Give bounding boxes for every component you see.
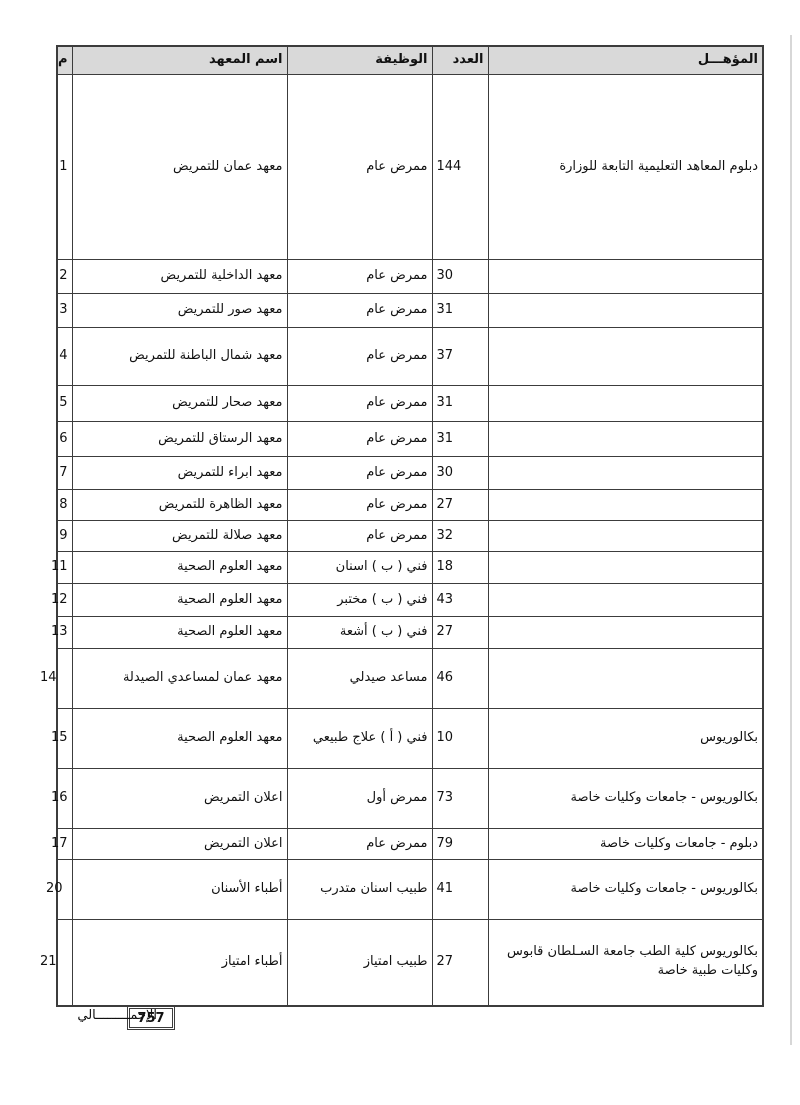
- cell-num: 8: [57, 490, 72, 521]
- cell-qualification: [488, 521, 763, 552]
- table-row: 12 معهد العلوم الصحية فني ( ب ) مختبر 43: [57, 584, 763, 617]
- cell-job: فني ( ب ) مختبر: [287, 584, 432, 617]
- cell-institute-name: معهد العلوم الصحية: [72, 617, 287, 649]
- cell-count: 27: [432, 617, 488, 649]
- cell-qualification: [488, 260, 763, 294]
- cell-institute-name: معهد العلوم الصحية: [72, 584, 287, 617]
- cell-qualification: [488, 386, 763, 422]
- table-row: 17 اعلان التمريض ممرض عام 79 دبلوم - جام…: [57, 829, 763, 860]
- cell-qualification: بكالوريوس - جامعات وكليات خاصة: [488, 769, 763, 829]
- table-row: 4 معهد شمال الباطنة للتمريض ممرض عام 37: [57, 328, 763, 386]
- cell-qualification: بكالوريوس كلية الطب جامعة السـلطان قابوس…: [488, 920, 763, 1006]
- cell-job: فني ( ب ) أشعة: [287, 617, 432, 649]
- cell-qualification: [488, 649, 763, 709]
- cell-qualification: [488, 328, 763, 386]
- cell-num: 4: [57, 328, 72, 386]
- cell-institute-name: معهد عمان لمساعدي الصيدلة: [72, 649, 287, 709]
- header-cell-num: م: [57, 46, 72, 75]
- cell-institute-name: أطباء الأسنان: [72, 860, 287, 920]
- cell-num: 7: [57, 457, 72, 490]
- cell-qualification: [488, 617, 763, 649]
- cell-institute-name: معهد صور للتمريض: [72, 294, 287, 328]
- cell-count: 32: [432, 521, 488, 552]
- cell-qualification: [488, 552, 763, 584]
- cell-num: 17: [57, 829, 72, 860]
- cell-institute-name: معهد الداخلية للتمريض: [72, 260, 287, 294]
- cell-qualification: دبلوم المعاهد التعليمية التابعة للوزارة: [488, 75, 763, 260]
- cell-num: 20: [57, 860, 72, 920]
- table-row: 21 أطباء امتياز طبيب امتياز 27 بكالوريوس…: [57, 920, 763, 1006]
- cell-job: ممرض عام: [287, 386, 432, 422]
- header-cell-job: الوظيفة: [287, 46, 432, 75]
- cell-qualification: [488, 457, 763, 490]
- cell-count: 27: [432, 920, 488, 1006]
- cell-job: طبيب اسنان متدرب: [287, 860, 432, 920]
- cell-num: 11: [57, 552, 72, 584]
- cell-qualification: [488, 584, 763, 617]
- cell-count: 144: [432, 75, 488, 260]
- cell-job: ممرض عام: [287, 260, 432, 294]
- cell-job: مساعد صيدلي: [287, 649, 432, 709]
- cell-num: 12: [57, 584, 72, 617]
- cell-institute-name: معهد ابراء للتمريض: [72, 457, 287, 490]
- cell-institute-name: معهد شمال الباطنة للتمريض: [72, 328, 287, 386]
- cell-count: 27: [432, 490, 488, 521]
- cell-count: 73: [432, 769, 488, 829]
- cell-job: ممرض عام: [287, 75, 432, 260]
- cell-job: طبيب امتياز: [287, 920, 432, 1006]
- cell-job: ممرض عام: [287, 457, 432, 490]
- cell-num: 14: [57, 649, 72, 709]
- table-row: 7 معهد ابراء للتمريض ممرض عام 30: [57, 457, 763, 490]
- cell-count: 41: [432, 860, 488, 920]
- cell-num: 9: [57, 521, 72, 552]
- table-row: 9 معهد صلالة للتمريض ممرض عام 32: [57, 521, 763, 552]
- table-row: 8 معهد الظاهرة للتمريض ممرض عام 27: [57, 490, 763, 521]
- cell-institute-name: معهد صلالة للتمريض: [72, 521, 287, 552]
- cell-count: 31: [432, 422, 488, 457]
- table-row: 13 معهد العلوم الصحية فني ( ب ) أشعة 27: [57, 617, 763, 649]
- cell-qualification: دبلوم - جامعات وكليات خاصة: [488, 829, 763, 860]
- cell-num: 21: [57, 920, 72, 1006]
- cell-institute-name: معهد الرستاق للتمريض: [72, 422, 287, 457]
- cell-qualification: [488, 490, 763, 521]
- table-row: 11 معهد العلوم الصحية فني ( ب ) اسنان 18: [57, 552, 763, 584]
- cell-count: 37: [432, 328, 488, 386]
- cell-institute-name: معهد العلوم الصحية: [72, 552, 287, 584]
- cell-num: 16: [57, 769, 72, 829]
- header-cell-qualification: المؤهـــل: [488, 46, 763, 75]
- scan-edge-artifact: [790, 35, 792, 1045]
- cell-institute-name: أطباء امتياز: [72, 920, 287, 1006]
- cell-job: ممرض أول: [287, 769, 432, 829]
- table-row: 5 معهد صحار للتمريض ممرض عام 31: [57, 386, 763, 422]
- cell-institute-name: معهد عمان للتمريض: [72, 75, 287, 260]
- cell-count: 30: [432, 260, 488, 294]
- cell-job: ممرض عام: [287, 422, 432, 457]
- cell-job: ممرض عام: [287, 829, 432, 860]
- table-row: 1 معهد عمان للتمريض ممرض عام 144 دبلوم ا…: [57, 75, 763, 260]
- cell-count: 46: [432, 649, 488, 709]
- cell-num: 1: [57, 75, 72, 260]
- header-cell-count: العدد: [432, 46, 488, 75]
- cell-num: 3: [57, 294, 72, 328]
- institutes-table: م اسم المعهد الوظيفة العدد المؤهـــل 1 م…: [56, 45, 764, 1007]
- table-row: 2 معهد الداخلية للتمريض ممرض عام 30: [57, 260, 763, 294]
- cell-institute-name: اعلان التمريض: [72, 829, 287, 860]
- table-header-row: م اسم المعهد الوظيفة العدد المؤهـــل: [57, 46, 763, 75]
- total-label: الإجمـــــــــالي: [25, 1008, 157, 1028]
- cell-count: 31: [432, 386, 488, 422]
- cell-institute-name: معهد صحار للتمريض: [72, 386, 287, 422]
- table-row: 3 معهد صور للتمريض ممرض عام 31: [57, 294, 763, 328]
- cell-job: فني ( ب ) اسنان: [287, 552, 432, 584]
- cell-qualification: [488, 294, 763, 328]
- cell-num: 13: [57, 617, 72, 649]
- table-row: 15 معهد العلوم الصحية فني ( أ ) علاج طبي…: [57, 709, 763, 769]
- table-row: 6 معهد الرستاق للتمريض ممرض عام 31: [57, 422, 763, 457]
- cell-count: 43: [432, 584, 488, 617]
- cell-count: 18: [432, 552, 488, 584]
- cell-job: ممرض عام: [287, 490, 432, 521]
- cell-num: 2: [57, 260, 72, 294]
- cell-institute-name: اعلان التمريض: [72, 769, 287, 829]
- header-cell-institute-name: اسم المعهد: [72, 46, 287, 75]
- cell-count: 10: [432, 709, 488, 769]
- cell-count: 30: [432, 457, 488, 490]
- cell-qualification: بكالوريوس - جامعات وكليات خاصة: [488, 860, 763, 920]
- table-row: 14 معهد عمان لمساعدي الصيدلة مساعد صيدلي…: [57, 649, 763, 709]
- table-row: 16 اعلان التمريض ممرض أول 73 بكالوريوس -…: [57, 769, 763, 829]
- cell-num: 5: [57, 386, 72, 422]
- cell-job: ممرض عام: [287, 521, 432, 552]
- cell-count: 79: [432, 829, 488, 860]
- cell-institute-name: معهد العلوم الصحية: [72, 709, 287, 769]
- cell-qualification: [488, 422, 763, 457]
- cell-job: ممرض عام: [287, 294, 432, 328]
- cell-job: فني ( أ ) علاج طبيعي: [287, 709, 432, 769]
- cell-qualification: بكالوريوس: [488, 709, 763, 769]
- cell-institute-name: معهد الظاهرة للتمريض: [72, 490, 287, 521]
- table-row: 20 أطباء الأسنان طبيب اسنان متدرب 41 بكا…: [57, 860, 763, 920]
- cell-count: 31: [432, 294, 488, 328]
- cell-job: ممرض عام: [287, 328, 432, 386]
- cell-num: 6: [57, 422, 72, 457]
- scanned-page: م اسم المعهد الوظيفة العدد المؤهـــل 1 م…: [0, 0, 800, 1105]
- cell-num: 15: [57, 709, 72, 769]
